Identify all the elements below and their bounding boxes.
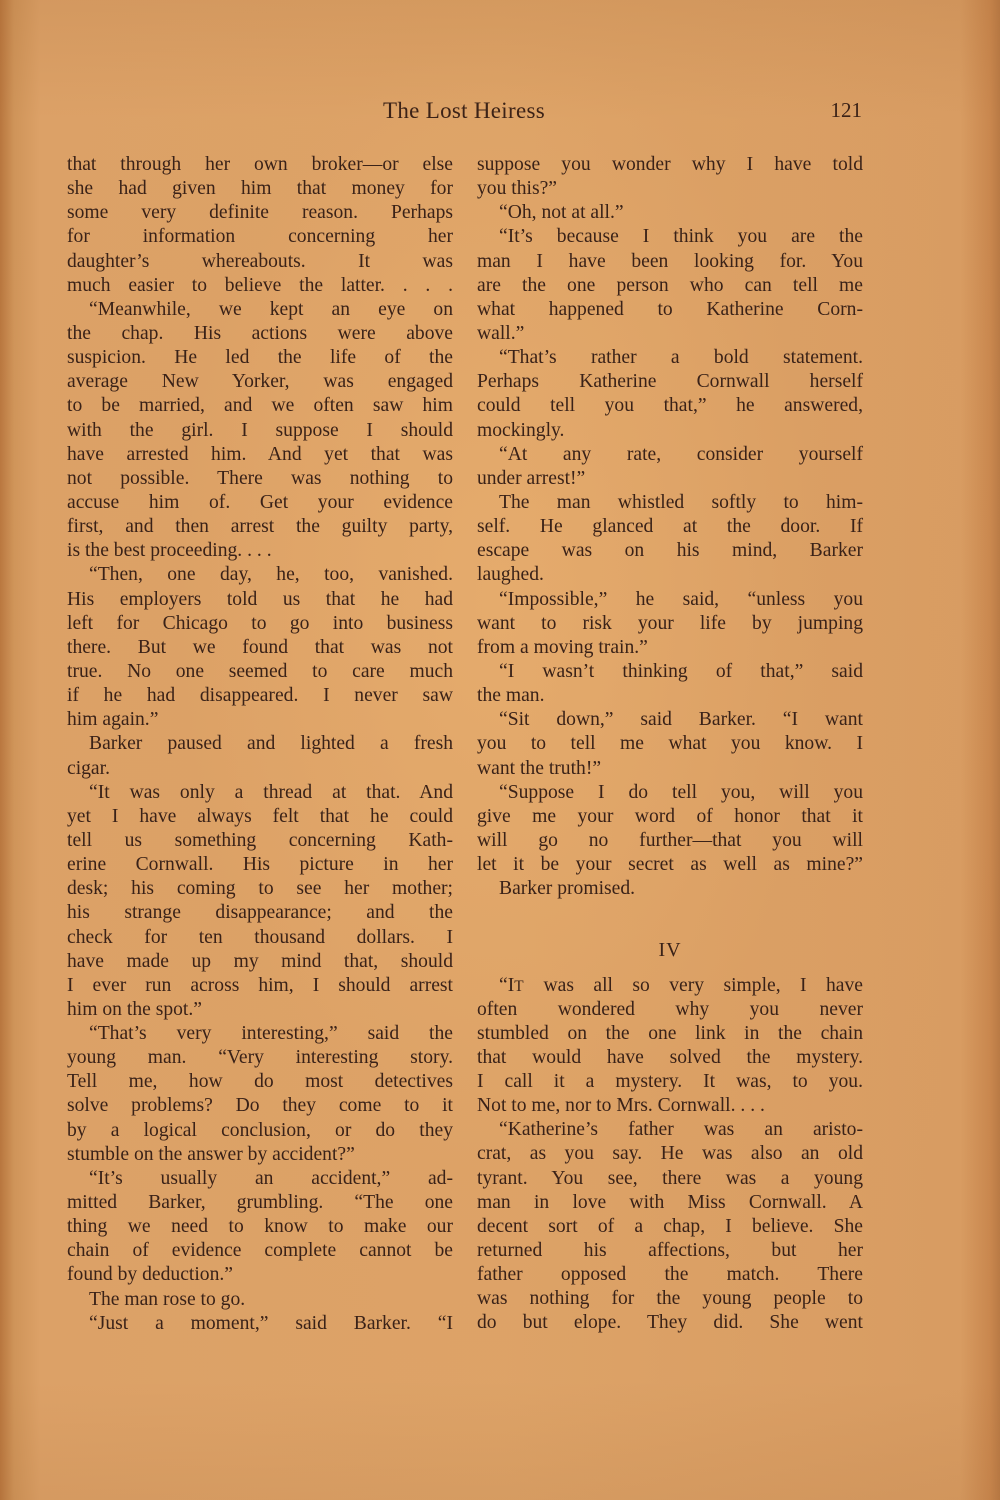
text-line: tell us something concerning Kath-	[67, 829, 453, 853]
text-line: do but elope. They did. She went	[477, 1311, 863, 1335]
text-line: Perhaps Katherine Cornwall herself	[477, 370, 863, 394]
running-title: The Lost Heiress	[66, 98, 862, 124]
text-line: could tell you that,” he answered,	[477, 394, 863, 418]
text-line: with the girl. I suppose I should	[67, 419, 453, 443]
text-line: returned his affections, but her	[477, 1239, 863, 1263]
text-line: “Suppose I do tell you, will you	[477, 781, 863, 805]
text-line: there. But we found that was not	[67, 636, 453, 660]
text-line: crat, as you say. He was also an old	[477, 1142, 863, 1166]
text-line: much easier to believe the latter. . . .	[67, 274, 453, 298]
text-line: are the one person who can tell me	[477, 274, 863, 298]
text-line: escape was on his mind, Barker	[477, 539, 863, 563]
section-heading: IV	[477, 926, 863, 974]
text-line: left for Chicago to go into business	[67, 612, 453, 636]
text-line: “Impossible,” he said, “unless you	[477, 588, 863, 612]
text-line: his strange disappearance; and the	[67, 901, 453, 925]
text-line: not possible. There was nothing to	[67, 467, 453, 491]
text-line: by a logical conclusion, or do they	[67, 1119, 453, 1143]
text-line: she had given him that money for	[67, 177, 453, 201]
text-line: often wondered why you never	[477, 998, 863, 1022]
text-line: I ever run across him, I should arrest	[67, 974, 453, 998]
text-line: cigar.	[67, 757, 453, 781]
text-line: Barker promised.	[477, 877, 863, 901]
text-line: “Then, one day, he, too, vanished.	[67, 563, 453, 587]
text-line: tyrant. You see, there was a young	[477, 1167, 863, 1191]
text-line: man I have been looking for. You	[477, 250, 863, 274]
page-number: 121	[831, 98, 863, 123]
text-line: suppose you wonder why I have told	[477, 153, 863, 177]
right-column-text-after-heading: “IT was all so very simple, I haveoften …	[477, 974, 863, 1336]
left-text-column: that through her own broker—or elseshe h…	[67, 153, 453, 1336]
text-line: want the truth!”	[477, 757, 863, 781]
text-line: mockingly.	[477, 419, 863, 443]
text-line: father opposed the match. There	[477, 1263, 863, 1287]
right-text-column: suppose you wonder why I have toldyou th…	[477, 153, 863, 1336]
text-line: wall.”	[477, 322, 863, 346]
text-line: that through her own broker—or else	[67, 153, 453, 177]
text-line: check for ten thousand dollars. I	[67, 926, 453, 950]
text-line: stumbled on the one link in the chain	[477, 1022, 863, 1046]
text-line: “It’s usually an accident,” ad-	[67, 1167, 453, 1191]
text-line: young man. “Very interesting story.	[67, 1046, 453, 1070]
text-line: for information concerning her	[67, 225, 453, 249]
text-line: him on the spot.”	[67, 998, 453, 1022]
text-line: Not to me, nor to Mrs. Cornwall. . . .	[477, 1094, 863, 1118]
text-line: was nothing for the young people to	[477, 1287, 863, 1311]
text-line: “IT was all so very simple, I have	[477, 974, 863, 998]
text-line: the man.	[477, 684, 863, 708]
text-line: to be married, and we often saw him	[67, 394, 453, 418]
text-line: thing we need to know to make our	[67, 1215, 453, 1239]
text-line: Barker paused and lighted a fresh	[67, 732, 453, 756]
text-line: mitted Barker, grumbling. “The one	[67, 1191, 453, 1215]
text-line: some very definite reason. Perhaps	[67, 201, 453, 225]
text-line: solve problems? Do they come to it	[67, 1094, 453, 1118]
text-line: “It was only a thread at that. And	[67, 781, 453, 805]
text-line: “That’s very interesting,” said the	[67, 1022, 453, 1046]
text-line: have arrested him. And yet that was	[67, 443, 453, 467]
text-line: yet I have always felt that he could	[67, 805, 453, 829]
text-line: “Meanwhile, we kept an eye on	[67, 298, 453, 322]
text-line: true. No one seemed to care much	[67, 660, 453, 684]
text-line: you to tell me what you know. I	[477, 732, 863, 756]
text-line: have made up my mind that, should	[67, 950, 453, 974]
text-line: “Sit down,” said Barker. “I want	[477, 708, 863, 732]
text-line: what happened to Katherine Corn-	[477, 298, 863, 322]
text-line: His employers told us that he had	[67, 588, 453, 612]
text-line: accuse him of. Get your evidence	[67, 491, 453, 515]
text-line: “At any rate, consider yourself	[477, 443, 863, 467]
text-line: “Just a moment,” said Barker. “I	[67, 1312, 453, 1336]
text-line: under arrest!”	[477, 467, 863, 491]
text-line: stumble on the answer by accident?”	[67, 1143, 453, 1167]
text-line: him again.”	[67, 708, 453, 732]
text-line: let it be your secret as well as mine?”	[477, 853, 863, 877]
text-line: decent sort of a chap, I believe. She	[477, 1215, 863, 1239]
text-line: from a moving train.”	[477, 636, 863, 660]
text-line: I call it a mystery. It was, to you.	[477, 1070, 863, 1094]
text-line: if he had disappeared. I never saw	[67, 684, 453, 708]
text-line: erine Cornwall. His picture in her	[67, 853, 453, 877]
text-line: average New Yorker, was engaged	[67, 370, 453, 394]
spacer	[477, 901, 863, 925]
text-line: The man rose to go.	[67, 1288, 453, 1312]
text-line: you this?”	[477, 177, 863, 201]
text-line: that would have solved the mystery.	[477, 1046, 863, 1070]
text-line: is the best proceeding. . . .	[67, 539, 453, 563]
text-line: found by deduction.”	[67, 1263, 453, 1287]
text-line: will go no further—that you will	[477, 829, 863, 853]
book-page: The Lost Heiress 121 that through her ow…	[0, 0, 1000, 1500]
text-line: first, and then arrest the guilty party,	[67, 515, 453, 539]
text-line: laughed.	[477, 563, 863, 587]
text-line: suspicion. He led the life of the	[67, 346, 453, 370]
text-line: self. He glanced at the door. If	[477, 515, 863, 539]
page-header: The Lost Heiress 121	[66, 98, 862, 130]
text-line: The man whistled softly to him-	[477, 491, 863, 515]
text-line: desk; his coming to see her mother;	[67, 877, 453, 901]
text-line: “Oh, not at all.”	[477, 201, 863, 225]
text-line: chain of evidence complete cannot be	[67, 1239, 453, 1263]
text-line: want to risk your life by jumping	[477, 612, 863, 636]
text-line: Tell me, how do most detectives	[67, 1070, 453, 1094]
right-column-text-before-heading: suppose you wonder why I have toldyou th…	[477, 153, 863, 901]
text-line: daughter’s whereabouts. It was	[67, 250, 453, 274]
text-line: “I wasn’t thinking of that,” said	[477, 660, 863, 684]
text-line: “That’s rather a bold statement.	[477, 346, 863, 370]
text-line: man in love with Miss Cornwall. A	[477, 1191, 863, 1215]
text-line: “It’s because I think you are the	[477, 225, 863, 249]
text-line: give me your word of honor that it	[477, 805, 863, 829]
text-line: the chap. His actions were above	[67, 322, 453, 346]
text-line: “Katherine’s father was an aristo-	[477, 1118, 863, 1142]
